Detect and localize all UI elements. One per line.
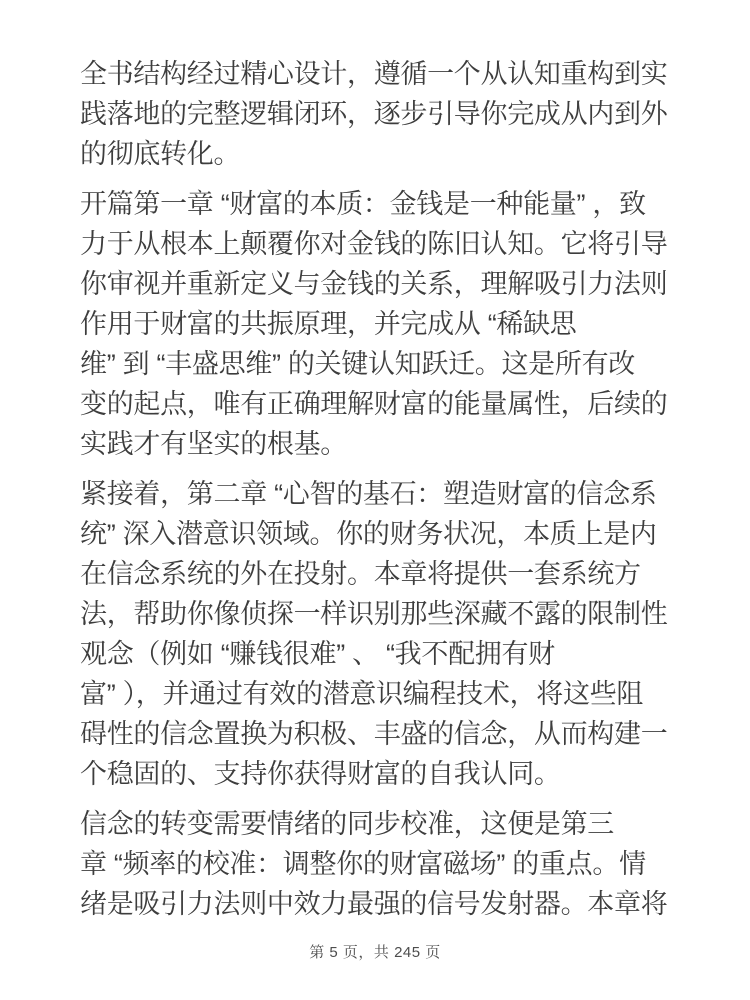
text-line: 作用于财富的共振原理，并完成从 “稀缺思 [80,304,672,344]
text-line: 你审视并重新定义与金钱的关系，理解吸引力法则 [80,264,672,304]
page-text-body: 全书结构经过精心设计，遵循一个从认知重构到实 践落地的完整逻辑闭环，逐步引导你完… [80,54,672,924]
text-line: 紧接着，第二章 “心智的基石：塑造财富的信念系 [80,474,672,514]
paragraph: 全书结构经过精心设计，遵循一个从认知重构到实 践落地的完整逻辑闭环，逐步引导你完… [80,54,672,174]
text-line: 变的起点，唯有正确理解财富的能量属性，后续的 [80,384,672,424]
document-page: 全书结构经过精心设计，遵循一个从认知重构到实 践落地的完整逻辑闭环，逐步引导你完… [0,0,750,1000]
text-line: 个稳固的、支持你获得财富的自我认同。 [80,754,672,794]
page-number-label: 第 5 页，共 245 页 [309,944,441,961]
text-line: 信念的转变需要情绪的同步校准，这便是第三 [80,804,672,844]
text-line: 碍性的信念置换为积极、丰盛的信念，从而构建一 [80,714,672,754]
page-footer: 第 5 页，共 245 页 [0,941,750,965]
text-line: 全书结构经过精心设计，遵循一个从认知重构到实 [80,54,672,94]
text-line: 在信念系统的外在投射。本章将提供一套系统方 [80,554,672,594]
text-line: 章 “频率的校准：调整你的财富磁场” 的重点。情 [80,844,672,884]
text-line: 实践才有坚实的根基。 [80,424,672,464]
text-line: 践落地的完整逻辑闭环，逐步引导你完成从内到外 [80,94,672,134]
paragraph: 信念的转变需要情绪的同步校准，这便是第三 章 “频率的校准：调整你的财富磁场” … [80,804,672,924]
paragraph: 紧接着，第二章 “心智的基石：塑造财富的信念系 统” 深入潜意识领域。你的财务状… [80,474,672,794]
paragraph: 开篇第一章 “财富的本质：金钱是一种能量” ，致 力于从根本上颠覆你对金钱的陈旧… [80,184,672,464]
text-line: 力于从根本上颠覆你对金钱的陈旧认知。它将引导 [80,224,672,264]
text-line: 统” 深入潜意识领域。你的财务状况，本质上是内 [80,514,672,554]
text-line: 法，帮助你像侦探一样识别那些深藏不露的限制性 [80,594,672,634]
text-line: 富” ），并通过有效的潜意识编程技术，将这些阻 [80,674,672,714]
text-line: 绪是吸引力法则中效力最强的信号发射器。本章将 [80,884,672,924]
text-line: 开篇第一章 “财富的本质：金钱是一种能量” ，致 [80,184,672,224]
text-line: 维” 到 “丰盛思维” 的关键认知跃迁。这是所有改 [80,344,672,384]
text-line: 观念（例如 “赚钱很难” 、 “我不配拥有财 [80,634,672,674]
text-line: 的彻底转化。 [80,134,672,174]
